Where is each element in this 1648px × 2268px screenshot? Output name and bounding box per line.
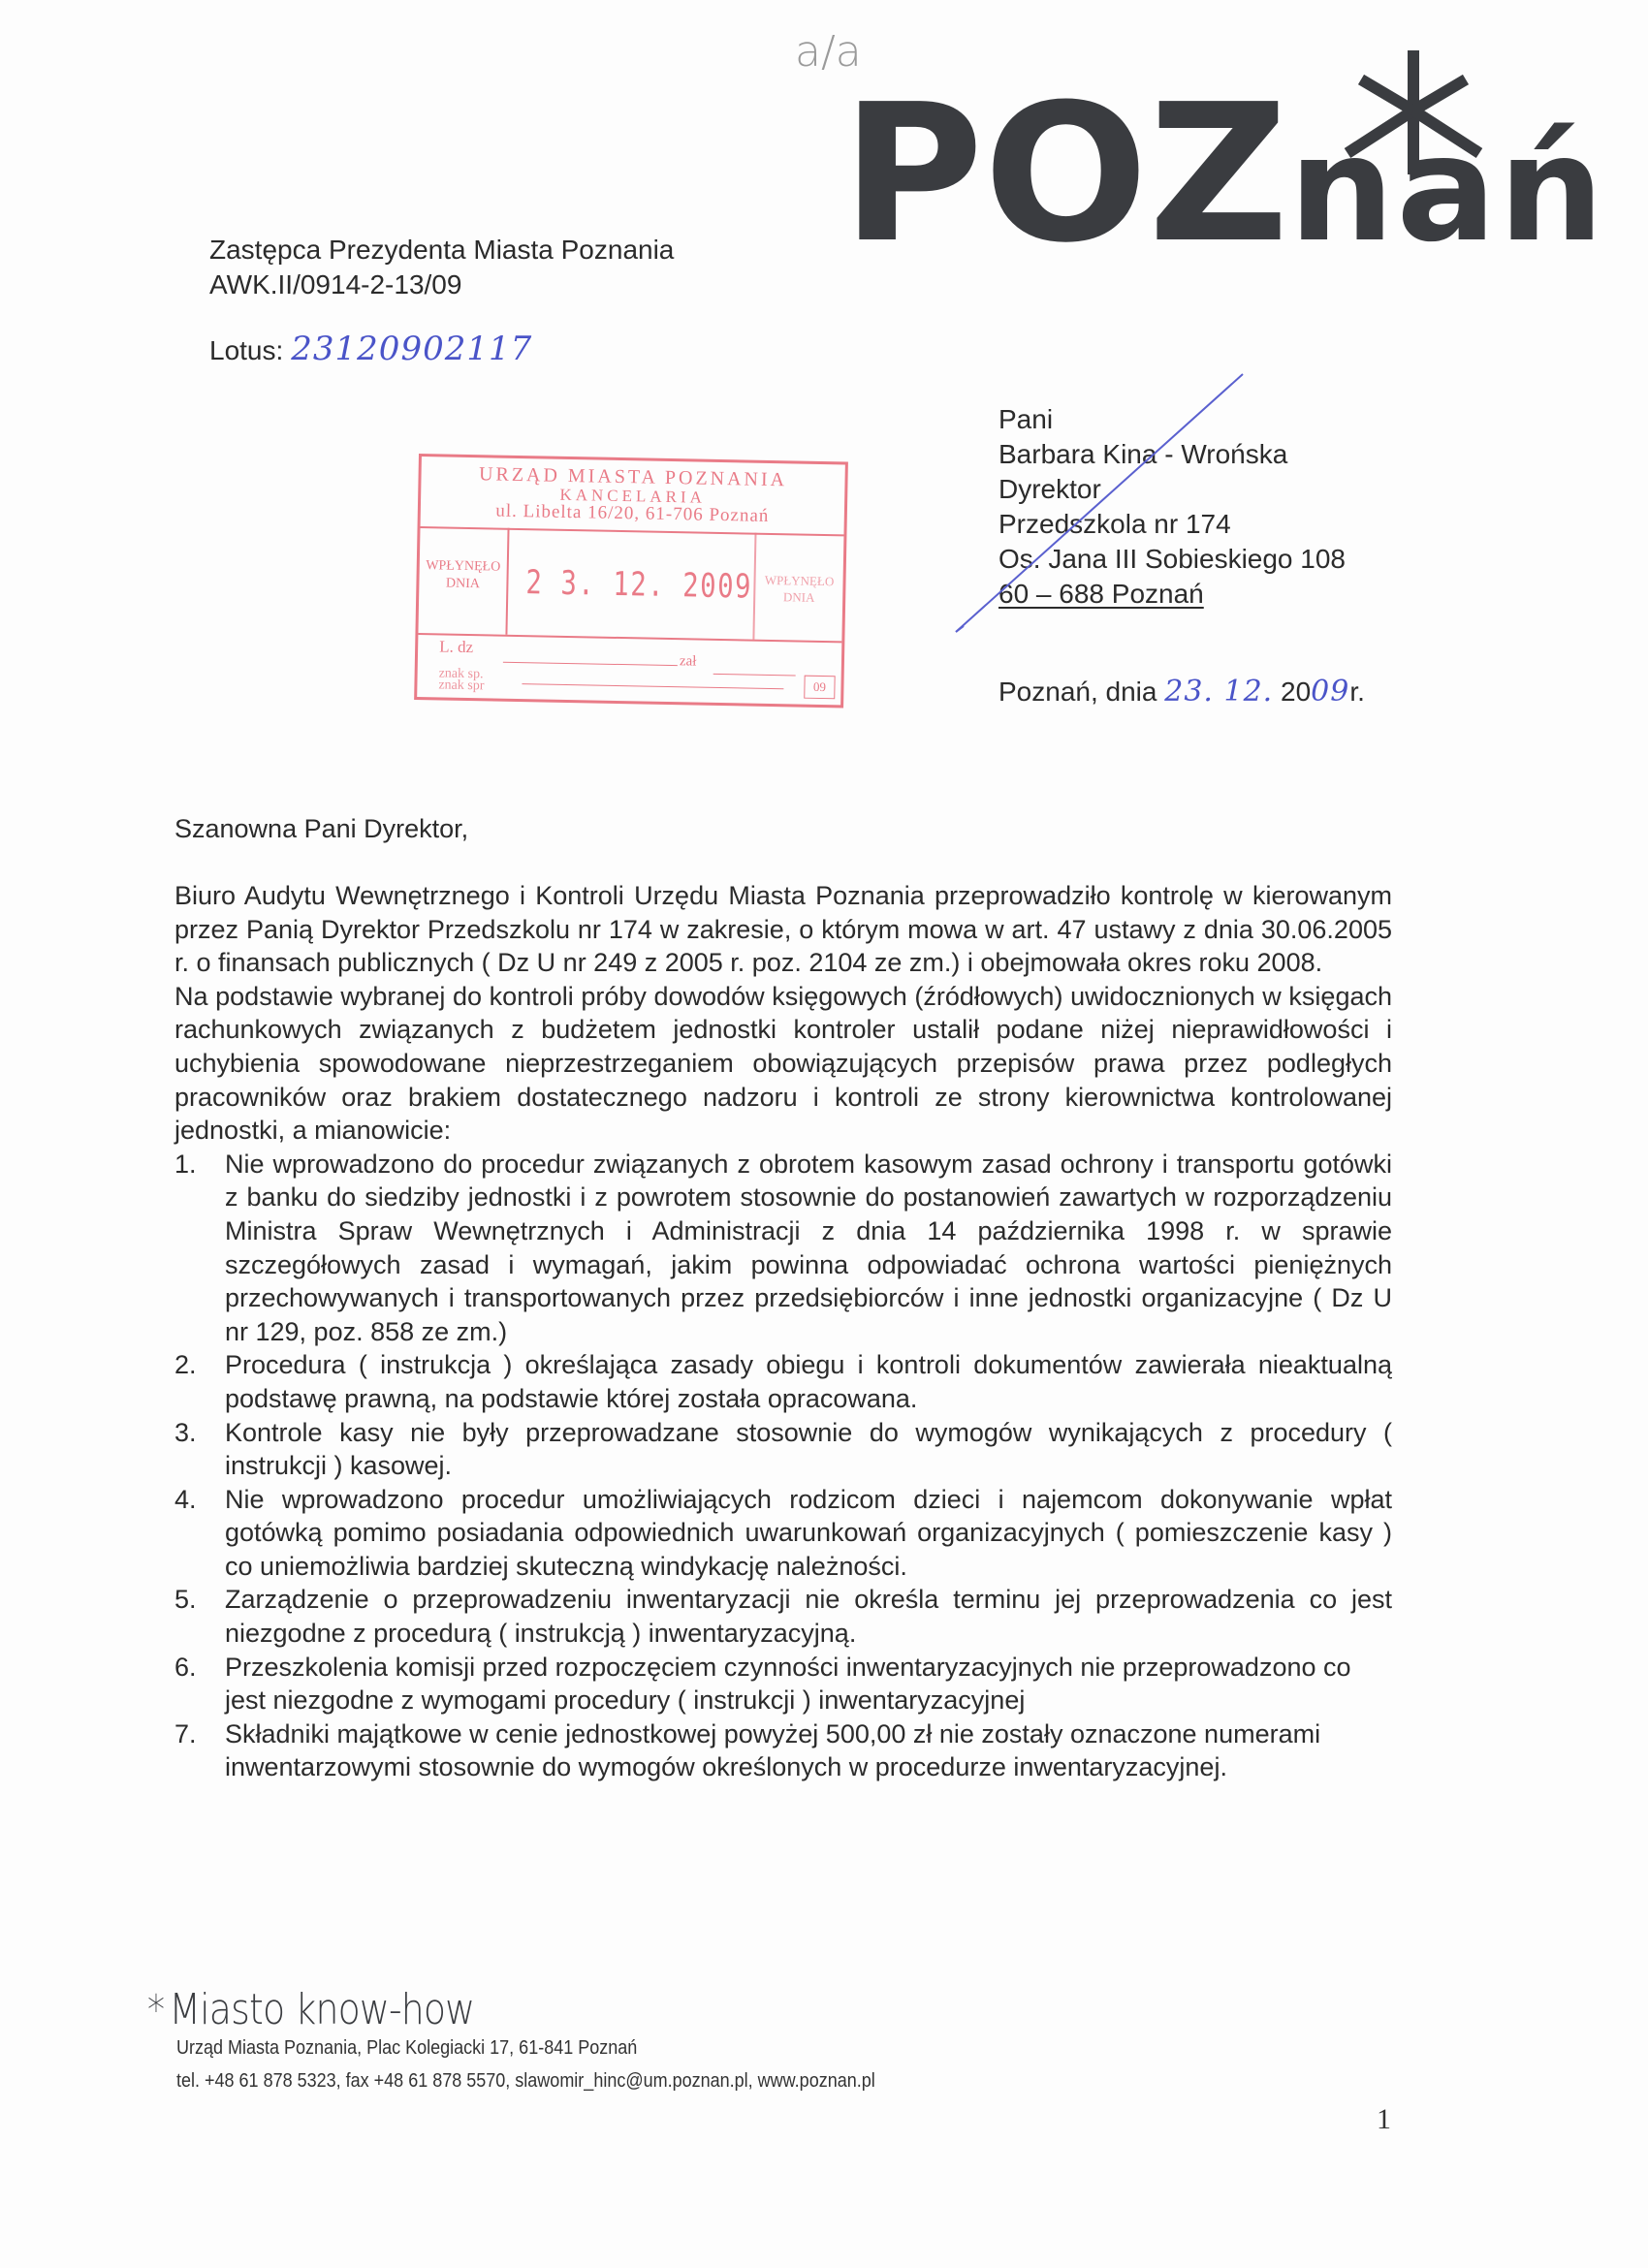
stamp-zal-line: [713, 674, 796, 677]
reference-number: AWK.II/0914-2-13/09: [209, 268, 674, 302]
recipient-line: Barbara Kina - Wrońska: [998, 437, 1346, 472]
stamp-label: znak spr: [438, 679, 484, 692]
stamp-received-label-right: WPŁYNĘŁO DNIA: [752, 533, 843, 642]
recipient-line: Przedszkola nr 174: [998, 507, 1346, 542]
findings-list: 1.Nie wprowadzono do procedur związanych…: [174, 1148, 1392, 1784]
handwritten-day-month: 23. 12.: [1164, 675, 1273, 709]
recipient-postal-line: 60 – 688 Poznań: [998, 579, 1204, 609]
stamp-header: URZĄD MIASTA POZNANIA KANCELARIA ul. Lib…: [421, 457, 845, 536]
lotus-label: Lotus:: [209, 335, 283, 365]
logo-caps: POZ: [841, 64, 1288, 285]
asterisk-icon: *: [147, 1986, 164, 2033]
lotus-handwritten-number: 23120902117: [291, 330, 532, 368]
finding-item: 5.Zarządzenie o przeprowadzeniu inwentar…: [174, 1583, 1392, 1650]
finding-number: 7.: [174, 1717, 197, 1751]
recipient-line: Os. Jana III Sobieskiego 108: [998, 542, 1346, 577]
paragraph-findings-intro: Na podstawie wybranej do kontroli próby …: [174, 980, 1392, 1148]
poznan-logo: POZnań: [841, 79, 1606, 269]
stamp-year-box: 09: [804, 676, 835, 700]
stamp-label: DNIA: [755, 588, 842, 607]
finding-text: Zarządzenie o przeprowadzeniu inwentaryz…: [225, 1585, 1392, 1648]
place-date-prefix: Poznań, dnia: [998, 677, 1157, 707]
finding-text: Procedura ( instrukcja ) określająca zas…: [225, 1350, 1392, 1413]
finding-number: 5.: [174, 1583, 197, 1617]
finding-item: 6.Przeszkolenia komisji przed rozpoczęci…: [174, 1651, 1392, 1717]
finding-number: 1.: [174, 1148, 197, 1181]
recipient-line: Pani: [998, 402, 1346, 437]
finding-text: Składniki majątkowe w cenie jednostkowej…: [225, 1719, 1320, 1782]
stamp-received-label-left: WPŁYNĘŁO DNIA: [418, 526, 509, 635]
footer-address: Urząd Miasta Poznania, Plac Kolegiacki 1…: [176, 2037, 637, 2060]
stamp-zal-label: zał: [680, 653, 697, 670]
place-date: Poznań, dnia 23. 12. 2009r.: [998, 675, 1365, 709]
finding-number: 2.: [174, 1348, 197, 1382]
finding-text: Przeszkolenia komisji przed rozpoczęciem…: [225, 1653, 1351, 1716]
finding-text: Kontrole kasy nie były przeprowadzane st…: [225, 1418, 1392, 1481]
finding-number: 3.: [174, 1416, 197, 1450]
finding-item: 2.Procedura ( instrukcja ) określająca z…: [174, 1348, 1392, 1415]
footer-tagline: *Miasto know-how: [147, 1985, 474, 2034]
year-suffix: r.: [1349, 677, 1365, 707]
letter-body: Biuro Audytu Wewnętrznego i Kontroli Urz…: [174, 879, 1392, 1784]
tagline-text: Miasto know-how: [169, 1985, 474, 2034]
finding-number: 4.: [174, 1483, 197, 1517]
stamp-date-row: WPŁYNĘŁO DNIA 2 3. 12. 2009 WPŁYNĘŁO DNI…: [418, 526, 843, 643]
handwritten-year: 09: [1311, 675, 1349, 709]
stamp-label: WPŁYNĘŁO: [420, 557, 507, 577]
sender-block: Zastępca Prezydenta Miasta Poznania AWK.…: [209, 233, 674, 302]
stamp-znak-label: znak sp. znak spr: [438, 668, 484, 692]
stamp-ldz-line: [503, 662, 678, 666]
stamp-label: DNIA: [419, 575, 506, 594]
logo-asterisk-icon: [1336, 50, 1491, 176]
stamp-footer: L. dz zał znak sp. znak spr 09: [417, 633, 841, 705]
recipient-line: Dyrektor: [998, 472, 1346, 507]
sender-title: Zastępca Prezydenta Miasta Poznania: [209, 233, 674, 268]
stamp-znak-line: [522, 683, 783, 689]
finding-text: Nie wprowadzono procedur umożliwiających…: [225, 1485, 1392, 1581]
footer-contact: tel. +48 61 878 5323, fax +48 61 878 557…: [176, 2070, 875, 2093]
stamp-ldz-label: L. dz: [439, 637, 473, 657]
finding-item: 7.Składniki majątkowe w cenie jednostkow…: [174, 1717, 1392, 1784]
year-printed: 20: [1281, 677, 1311, 707]
finding-text: Nie wprowadzono do procedur związanych z…: [225, 1150, 1392, 1346]
finding-item: 3.Kontrole kasy nie były przeprowadzane …: [174, 1416, 1392, 1483]
registry-stamp: URZĄD MIASTA POZNANIA KANCELARIA ul. Lib…: [414, 454, 848, 708]
finding-item: 4.Nie wprowadzono procedur umożliwiający…: [174, 1483, 1392, 1584]
finding-number: 6.: [174, 1651, 197, 1685]
page-number: 1: [1377, 2103, 1391, 2136]
finding-item: 1.Nie wprowadzono do procedur związanych…: [174, 1148, 1392, 1349]
recipient-address: Pani Barbara Kina - Wrońska Dyrektor Prz…: [998, 402, 1346, 612]
lotus-line: Lotus:23120902117: [209, 330, 532, 368]
stamp-date: 2 3. 12. 2009: [525, 563, 752, 606]
salutation: Szanowna Pani Dyrektor,: [174, 814, 468, 844]
paragraph-intro: Biuro Audytu Wewnętrznego i Kontroli Urz…: [174, 879, 1392, 980]
stamp-label: WPŁYNĘŁO: [755, 572, 842, 590]
